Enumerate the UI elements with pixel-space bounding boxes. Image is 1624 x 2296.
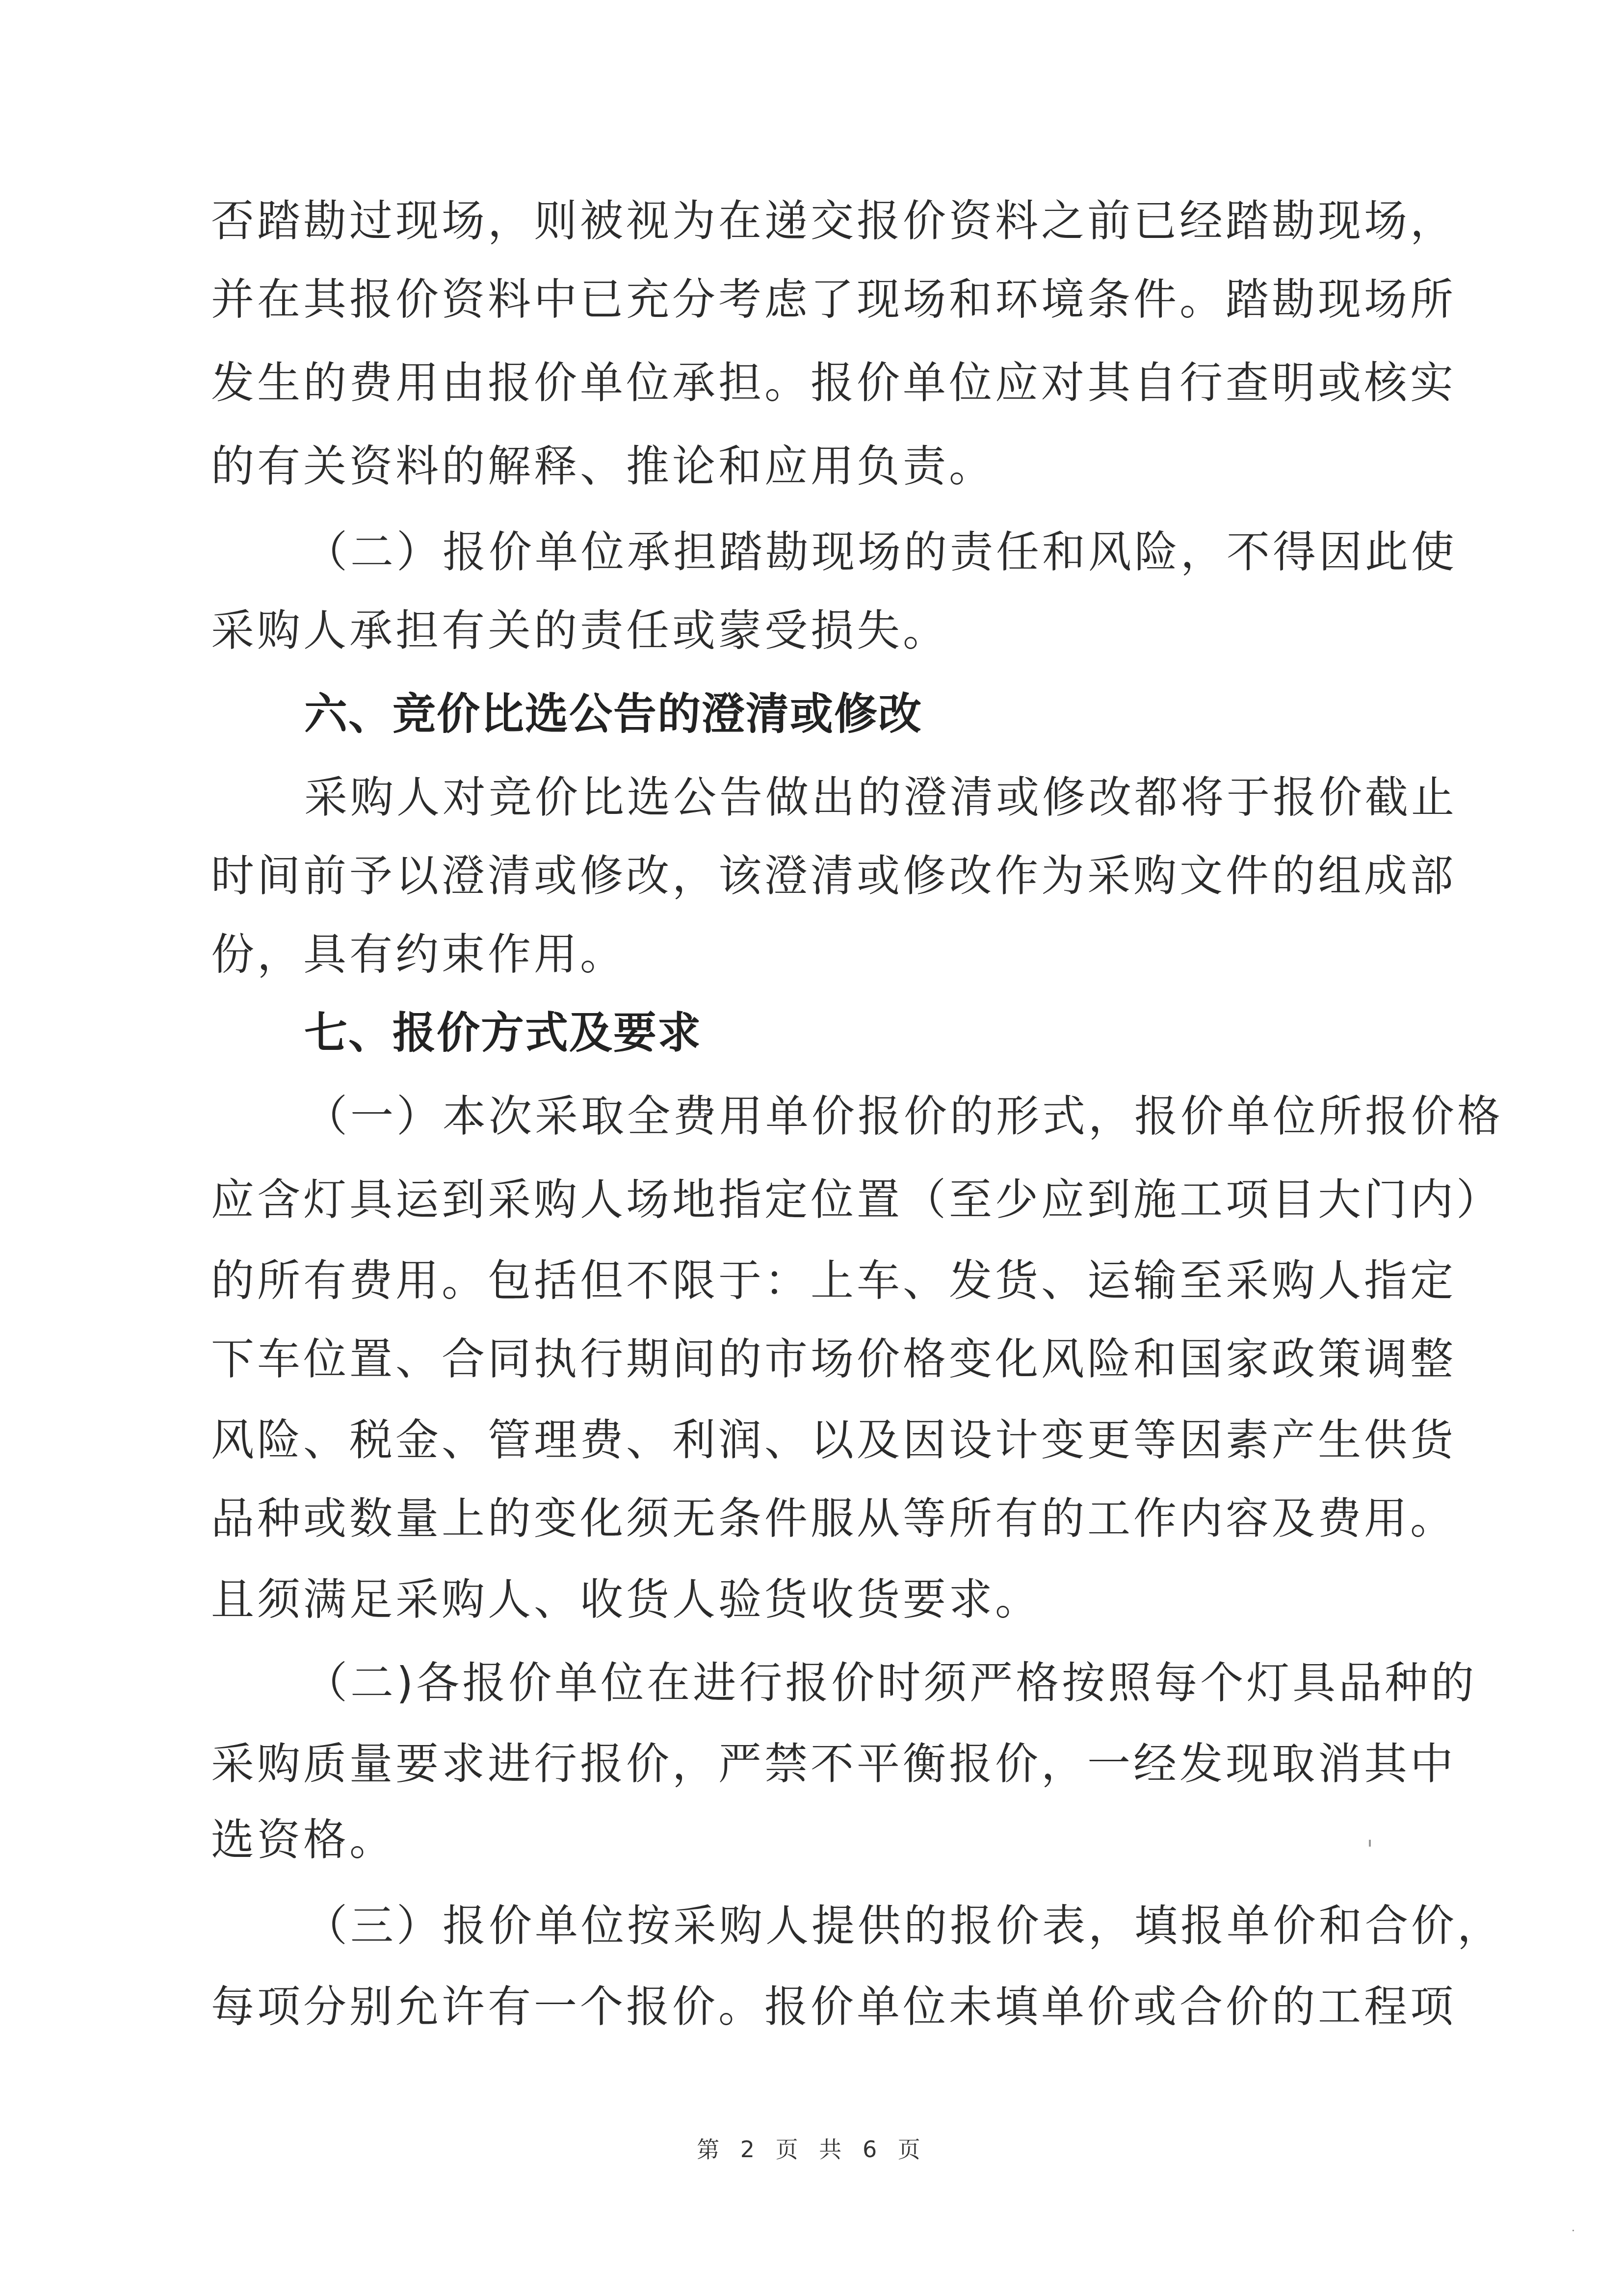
paragraph-line: 的所有费用。包括但不限于：上车、发货、运输至采购人指定 [211, 1256, 1393, 1305]
paragraph-line: 下车位置、合同执行期间的市场价格变化风险和国家政策调整 [211, 1334, 1393, 1383]
paragraph-line: 的有关资料的解释、推论和应用负责。 [211, 442, 1393, 491]
paragraph-line: 否踏勘过现场，则被视为在递交报价资料之前已经踏勘现场， [211, 196, 1393, 245]
paragraph-line: 风险、税金、管理费、利润、以及因设计变更等因素产生供货 [211, 1415, 1393, 1464]
paragraph-line: （二)各报价单位在进行报价时须严格按照每个灯具品种的 [304, 1658, 1393, 1707]
page-number-footer: 第 2 页 共 6 页 [0, 2132, 1624, 2164]
scan-speck [1572, 2230, 1574, 2231]
paragraph-line: 每项分别允许有一个报价。报价单位未填单价或合价的工程项 [211, 1982, 1393, 2031]
paragraph-line: 采购质量要求进行报价，严禁不平衡报价，一经发现取消其中 [211, 1739, 1393, 1788]
section-heading-6: 六、竞价比选公告的澄清或修改 [304, 689, 1393, 738]
paragraph-line: 采购人承担有关的责任或蒙受损失。 [211, 606, 1393, 655]
paragraph-line: 并在其报价资料中已充分考虑了现场和环境条件。踏勘现场所 [211, 275, 1393, 324]
section-heading-7: 七、报价方式及要求 [304, 1008, 1393, 1057]
paragraph-line: （一）本次采取全费用单价报价的形式，报价单位所报价格 [304, 1092, 1393, 1141]
document-page: 否踏勘过现场，则被视为在递交报价资料之前已经踏勘现场， 并在其报价资料中已充分考… [0, 0, 1624, 2296]
scan-speck [1369, 1840, 1371, 1847]
paragraph-line: 品种或数量上的变化须无条件服从等所有的工作内容及费用。 [211, 1494, 1393, 1543]
paragraph-line: （三）报价单位按采购人提供的报价表，填报单价和合价， [304, 1901, 1393, 1950]
paragraph-line: 应含灯具运到采购人场地指定位置（至少应到施工项目大门内） [211, 1175, 1393, 1224]
paragraph-line: （二）报价单位承担踏勘现场的责任和风险，不得因此使 [304, 527, 1393, 576]
paragraph-line: 时间前予以澄清或修改，该澄清或修改作为采购文件的组成部 [211, 851, 1393, 900]
paragraph-line: 选资格。 [211, 1815, 1393, 1864]
paragraph-line: 且须满足采购人、收货人验货收货要求。 [211, 1575, 1393, 1624]
paragraph-line: 采购人对竞价比选公告做出的澄清或修改都将于报价截止 [304, 773, 1393, 822]
paragraph-line: 份，具有约束作用。 [211, 930, 1393, 979]
paragraph-line: 发生的费用由报价单位承担。报价单位应对其自行查明或核实 [211, 358, 1393, 407]
